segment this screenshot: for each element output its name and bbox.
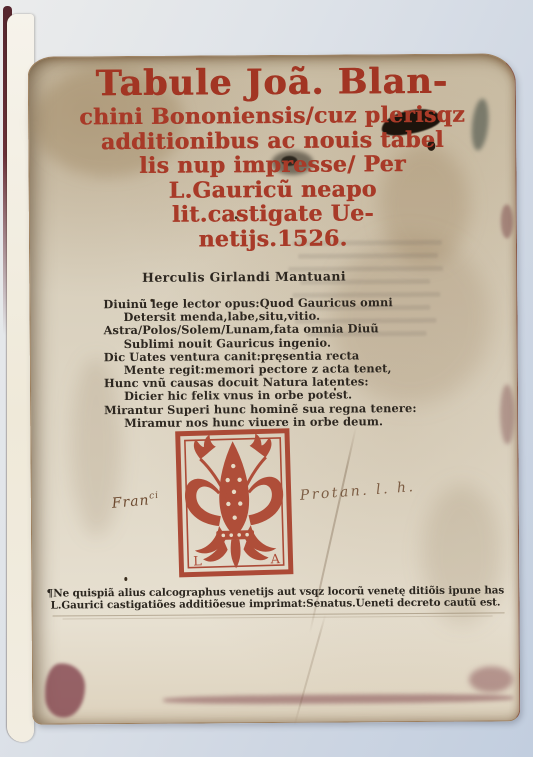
title-line: additionibus ac nouis tabel — [29, 127, 515, 155]
device-letter-left: L — [193, 554, 202, 569]
stain-maroon — [45, 663, 85, 717]
inscription-left-main: Fran — [111, 492, 150, 511]
ghost-text-line — [298, 253, 438, 259]
title-line: lit.castigate Ue- — [30, 200, 516, 228]
stain-maroon — [163, 693, 513, 704]
stain-maroon — [469, 666, 513, 692]
title-line: netijs.1526. — [30, 225, 516, 253]
rule-line — [63, 615, 493, 619]
stain-maroon — [500, 384, 514, 444]
inscription-left: Franci — [111, 491, 160, 512]
title-line: L.Gauricũ neapo — [30, 176, 516, 204]
speck — [124, 577, 127, 581]
privilege-text: ¶Ne quispiã alius calcographus venetijs … — [32, 585, 518, 612]
title-block: Tabule Joã. Blan- chini Bononiensis/cuz … — [29, 60, 516, 252]
verse-block: Diuinũ lege lector opus:Quod Gauricus om… — [103, 296, 416, 430]
inscription-left-sup: ci — [149, 491, 160, 502]
printer-device: L A — [173, 427, 296, 579]
photograph: Tabule Joã. Blan- chini Bononiensis/cuz … — [0, 0, 533, 757]
title-line: Tabule Joã. Blan- — [29, 60, 515, 105]
privilege-line: L.Gaurici castigatiões additiõesue impri… — [32, 597, 518, 612]
title-line: lis nup impresse/ Per — [29, 151, 515, 179]
device-letter-right: A — [269, 552, 280, 567]
verse-heading: Herculis Girlandi Mantuani — [30, 268, 458, 286]
title-page: Tabule Joã. Blan- chini Bononiensis/cuz … — [28, 53, 521, 724]
fleur-de-lis-icon: L A — [173, 427, 296, 579]
inscription-right: Protan. l. h. — [299, 479, 416, 504]
